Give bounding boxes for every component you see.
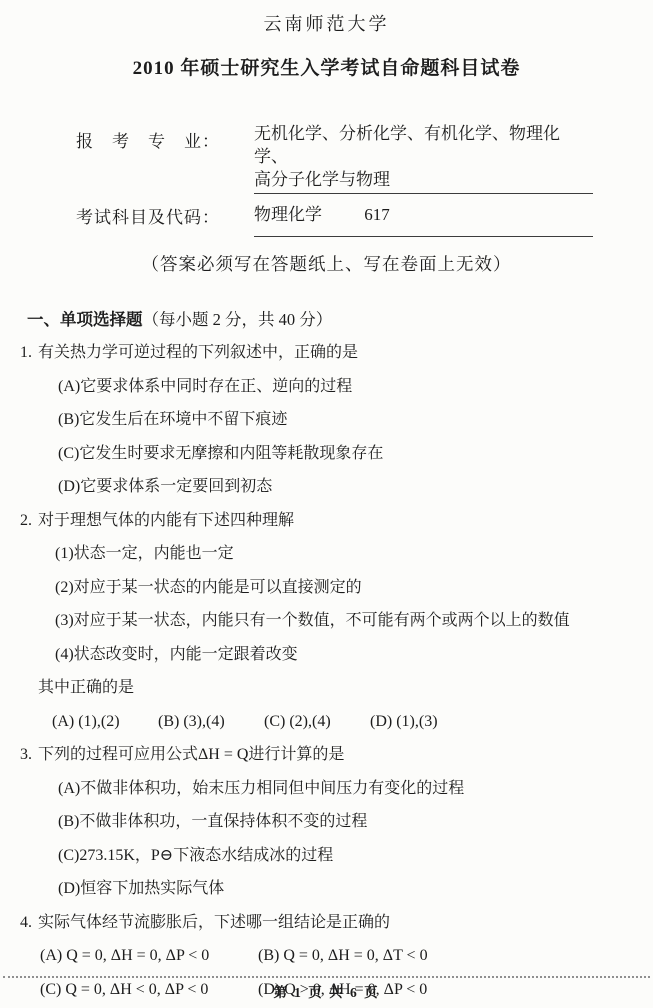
question-4-stem-text: 实际气体经节流膨胀后，下述哪一组结论是正确的 <box>38 914 390 931</box>
page-number: 第 1 页 共 6 页 <box>0 981 653 1001</box>
question-2-option-c: (C) (2),(4) <box>264 705 370 739</box>
question-2-option-a: (A) (1),(2) <box>52 705 158 739</box>
question-2-followup: 其中正确的是 <box>38 671 653 705</box>
major-value-line2: 高分子化学与物理 <box>254 168 593 191</box>
question-4-option-b: (B) Q = 0, ΔH = 0, ΔT < 0 <box>258 939 476 973</box>
question-1: 1.有关热力学可逆过程的下列叙述中，正确的是 (A)它要求体系中同时存在正、逆向… <box>0 336 653 504</box>
major-row: 报 考 专 业： 无机化学、分析化学、有机化学、物理化学、 高分子化学与物理 <box>76 122 593 194</box>
subject-value: 物理化学 617 <box>254 200 593 237</box>
questions-area: 1.有关热力学可逆过程的下列叙述中，正确的是 (A)它要求体系中同时存在正、逆向… <box>0 336 653 1006</box>
question-2-stem-text: 对于理想气体的内能有下述四种理解 <box>38 512 294 529</box>
question-3-option-b: (B)不做非体积功，一直保持体积不变的过程 <box>58 805 653 839</box>
exam-info-form: 报 考 专 业： 无机化学、分析化学、有机化学、物理化学、 高分子化学与物理 考… <box>76 122 593 237</box>
question-1-stem: 1.有关热力学可逆过程的下列叙述中，正确的是 <box>20 336 653 370</box>
question-2-option-d: (D) (1),(3) <box>370 705 476 739</box>
exam-paper-page: 云南师范大学 2010 年硕士研究生入学考试自命题科目试卷 报 考 专 业： 无… <box>0 0 653 1008</box>
section-title: 一、单项选择题 <box>27 310 143 329</box>
section-note: （每小题 2 分，共 40 分） <box>143 310 333 329</box>
question-2-statement-2: (2)对应于某一状态的内能是可以直接测定的 <box>55 571 653 605</box>
subject-row: 考试科目及代码： 物理化学 617 <box>76 200 593 237</box>
question-3-number: 3. <box>20 746 32 763</box>
question-1-number: 1. <box>20 344 32 361</box>
exam-title: 2010 年硕士研究生入学考试自命题科目试卷 <box>0 53 653 80</box>
question-3-stem: 3.下列的过程可应用公式ΔH = Q进行计算的是 <box>20 738 653 772</box>
question-3-stem-text: 下列的过程可应用公式ΔH = Q进行计算的是 <box>38 746 344 763</box>
question-2-statement-3: (3)对应于某一状态，内能只有一个数值，不可能有两个或两个以上的数值 <box>55 604 653 638</box>
question-1-stem-text: 有关热力学可逆过程的下列叙述中，正确的是 <box>38 344 358 361</box>
question-1-option-b: (B)它发生后在环境中不留下痕迹 <box>58 403 653 437</box>
question-1-option-c: (C)它发生时要求无摩擦和内阻等耗散现象存在 <box>58 437 653 471</box>
question-4-option-a: (A) Q = 0, ΔH = 0, ΔP < 0 <box>40 939 258 973</box>
question-4-number: 4. <box>20 914 32 931</box>
university-title: 云南师范大学 <box>0 10 653 36</box>
question-2: 2.对于理想气体的内能有下述四种理解 (1)状态一定，内能也一定 (2)对应于某… <box>0 504 653 739</box>
footer-divider <box>3 976 650 978</box>
question-3: 3.下列的过程可应用公式ΔH = Q进行计算的是 (A)不做非体积功，始末压力相… <box>0 738 653 906</box>
question-3-option-a: (A)不做非体积功，始末压力相同但中间压力有变化的过程 <box>58 772 653 806</box>
question-2-stem: 2.对于理想气体的内能有下述四种理解 <box>20 504 653 538</box>
question-4-stem: 4.实际气体经节流膨胀后，下述哪一组结论是正确的 <box>20 906 653 940</box>
question-4-options-row-1: (A) Q = 0, ΔH = 0, ΔP < 0 (B) Q = 0, ΔH … <box>40 939 653 973</box>
question-3-option-c: (C)273.15K，P⊖下液态水结成冰的过程 <box>58 839 653 873</box>
subject-name: 物理化学 <box>254 205 322 224</box>
subject-label: 考试科目及代码： <box>76 200 254 237</box>
section-heading: 一、单项选择题（每小题 2 分，共 40 分） <box>27 306 653 333</box>
major-label: 报 考 专 业： <box>76 122 254 194</box>
question-2-options-row: (A) (1),(2) (B) (3),(4) (C) (2),(4) (D) … <box>52 705 653 739</box>
question-2-option-b: (B) (3),(4) <box>158 705 264 739</box>
question-2-statement-1: (1)状态一定，内能也一定 <box>55 537 653 571</box>
question-2-statement-4: (4)状态改变时，内能一定跟着改变 <box>55 638 653 672</box>
answer-notice: （答案必须写在答题纸上、写在卷面上无效） <box>0 251 653 276</box>
question-1-option-d: (D)它要求体系一定要回到初态 <box>58 470 653 504</box>
major-value: 无机化学、分析化学、有机化学、物理化学、 高分子化学与物理 <box>254 122 593 194</box>
question-2-number: 2. <box>20 512 32 529</box>
question-3-option-d: (D)恒容下加热实际气体 <box>58 872 653 906</box>
subject-code: 617 <box>364 205 390 224</box>
major-value-line1: 无机化学、分析化学、有机化学、物理化学、 <box>254 122 593 168</box>
question-1-option-a: (A)它要求体系中同时存在正、逆向的过程 <box>58 370 653 404</box>
